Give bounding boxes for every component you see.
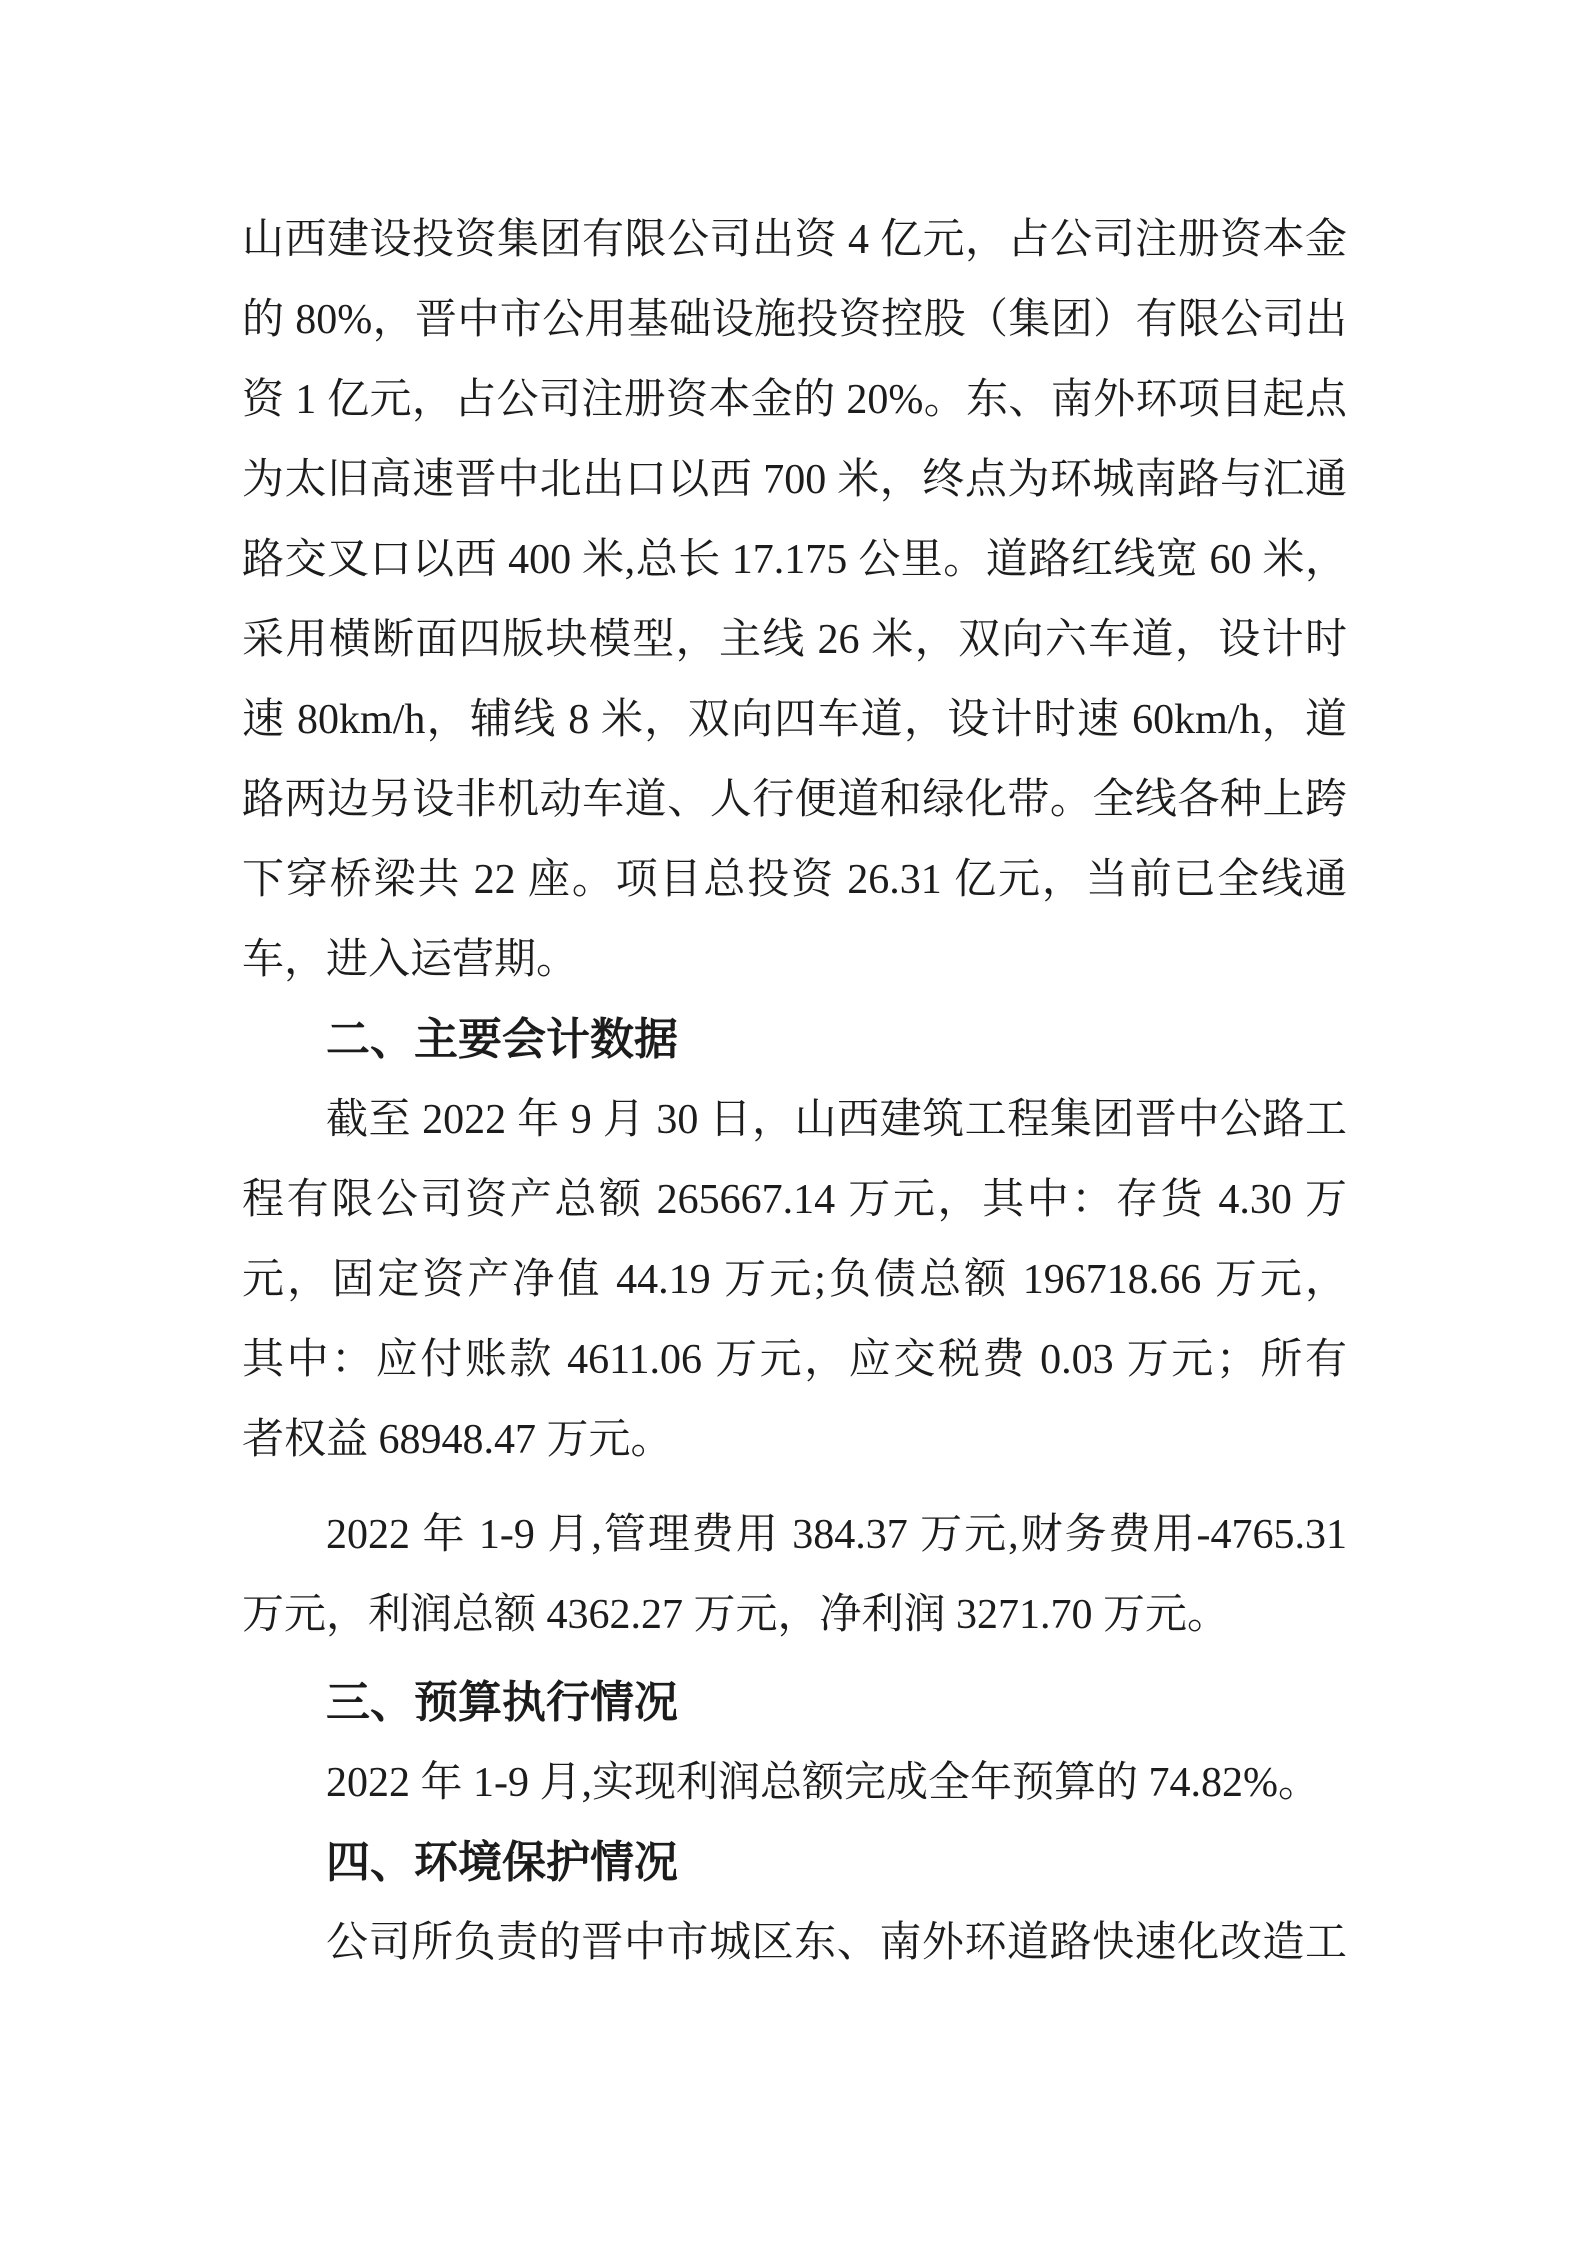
body-text-line: 路交叉口以西 400 米,总长 17.175 公里。道路红线宽 60 米， xyxy=(242,520,1347,600)
body-text-line: 者权益 68948.47 万元。 xyxy=(242,1400,1347,1480)
body-text-line: 的 80%，晋中市公用基础设施投资控股（集团）有限公司出 xyxy=(242,280,1347,360)
body-text-line: 万元，利润总额 4362.27 万元，净利润 3271.70 万元。 xyxy=(242,1575,1347,1655)
body-text-line: 程有限公司资产总额 265667.14 万元，其中：存货 4.30 万 xyxy=(242,1160,1347,1240)
body-text-line: 采用横断面四版块模型，主线 26 米，双向六车道，设计时 xyxy=(242,600,1347,680)
section-heading-environment: 四、环境保护情况 xyxy=(242,1823,1347,1903)
body-text-line: 公司所负责的晋中市城区东、南外环道路快速化改造工 xyxy=(242,1903,1347,1983)
body-text-line: 2022 年 1-9 月,管理费用 384.37 万元,财务费用-4765.31 xyxy=(242,1495,1347,1575)
body-text-line: 下穿桥梁共 22 座。项目总投资 26.31 亿元，当前已全线通 xyxy=(242,840,1347,920)
body-text-line: 资 1 亿元，占公司注册资本金的 20%。东、南外环项目起点 xyxy=(242,360,1347,440)
section-heading-budget: 三、预算执行情况 xyxy=(242,1663,1347,1743)
text-column: 山西建设投资集团有限公司出资 4 亿元，占公司注册资本金 的 80%，晋中市公用… xyxy=(242,200,1347,1983)
body-text-line: 为太旧高速晋中北出口以西 700 米，终点为环城南路与汇通 xyxy=(242,440,1347,520)
body-text-line: 速 80km/h，辅线 8 米，双向四车道，设计时速 60km/h，道 xyxy=(242,680,1347,760)
document-page: 山西建设投资集团有限公司出资 4 亿元，占公司注册资本金 的 80%，晋中市公用… xyxy=(0,0,1587,2245)
body-text-line: 2022 年 1-9 月,实现利润总额完成全年预算的 74.82%。 xyxy=(242,1743,1347,1823)
body-text-line: 元，固定资产净值 44.19 万元;负债总额 196718.66 万元， xyxy=(242,1240,1347,1320)
section-heading-accounting: 二、主要会计数据 xyxy=(242,1000,1347,1080)
body-text-line: 截至 2022 年 9 月 30 日，山西建筑工程集团晋中公路工 xyxy=(242,1080,1347,1160)
body-text-line: 其中：应付账款 4611.06 万元，应交税费 0.03 万元；所有 xyxy=(242,1320,1347,1400)
body-text-line: 山西建设投资集团有限公司出资 4 亿元，占公司注册资本金 xyxy=(242,200,1347,280)
body-text-line: 路两边另设非机动车道、人行便道和绿化带。全线各种上跨 xyxy=(242,760,1347,840)
body-text-line: 车，进入运营期。 xyxy=(242,920,1347,1000)
